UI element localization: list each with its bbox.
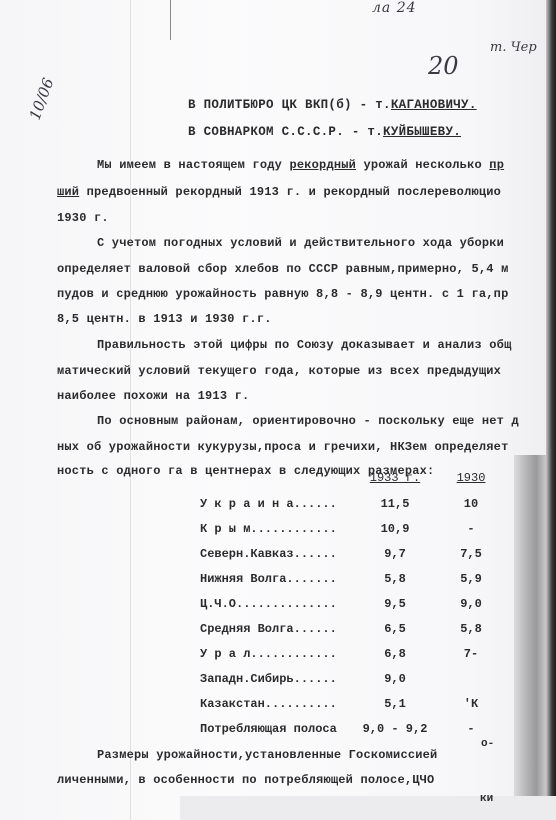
text-line: наиболее похожи на 1913 г. — [57, 389, 556, 403]
underlined-text: пр — [489, 158, 504, 172]
scan-bottom-margin — [180, 796, 556, 820]
table-row: Западн.Сибирь......9,0 — [200, 672, 520, 697]
yield-1930: 9,0 — [446, 597, 496, 611]
table-row: Нижняя Волга.......5,85,9 — [200, 572, 520, 597]
table-body: У к р а и н а......11,510К р ы м........… — [200, 497, 520, 747]
yield-1933: 6,8 — [350, 647, 440, 661]
yield-1930: 10 — [446, 497, 496, 511]
text-line: Размеры урожайности,установленные Госком… — [97, 748, 556, 762]
column-header-1933: 1933 г. — [350, 471, 440, 485]
yield-1933: 9,0 — [350, 672, 440, 686]
addressee-name: КАГАНОВИЧУ. — [391, 98, 477, 112]
text-line: С учетом погодных условий и действительн… — [97, 236, 556, 250]
text-span: Мы имеем в настоящем году — [97, 158, 289, 172]
region-name: Северн.Кавказ...... — [200, 547, 337, 561]
text-line: ший предвоенный рекордный 1913 г. и реко… — [57, 185, 556, 199]
region-name: К р ы м............ — [200, 522, 337, 536]
underlined-text: ший — [57, 185, 79, 199]
text-line: пудов и среднюю урожайность равную 8,8 -… — [57, 287, 556, 301]
region-name: У к р а и н а...... — [200, 497, 337, 511]
yield-1930: - — [446, 722, 496, 736]
region-name: Казакстан.......... — [200, 697, 337, 711]
addressee-line-1: В ПОЛИТБЮРО ЦК ВКП(б) - т.КАГАНОВИЧУ. — [188, 98, 477, 112]
paper-crease — [130, 0, 131, 820]
text-line: 1930 г. — [57, 211, 556, 225]
text-line: Правильность этой цифры по Союзу доказыв… — [97, 338, 556, 352]
text-span: урожай несколько — [356, 158, 489, 172]
addressee-org: В СОВНАРКОМ С.С.С.Р. - т. — [188, 125, 383, 139]
text-span: предвоенный рекордный 1913 г. и рекордны… — [79, 185, 501, 199]
yield-1933: 9,5 — [350, 597, 440, 611]
yield-1930: 5,9 — [446, 572, 496, 586]
handwritten-margin-note: 10/06 — [26, 76, 58, 123]
paper-crease — [170, 0, 171, 40]
yield-1930: 5,8 — [446, 622, 496, 636]
region-name: Западн.Сибирь...... — [200, 672, 337, 686]
table-row: Средняя Волга......6,55,8 — [200, 622, 520, 647]
yield-1933: 5,1 — [350, 697, 440, 711]
yield-1933: 6,5 — [350, 622, 440, 636]
yield-1933: 5,8 — [350, 572, 440, 586]
table-row: Северн.Кавказ......9,77,5 — [200, 547, 520, 572]
addressee-org: В ПОЛИТБЮРО ЦК ВКП(б) - т. — [188, 98, 391, 112]
table-row: У к р а и н а......11,510 — [200, 497, 520, 522]
underlined-text: рекордный — [289, 158, 356, 172]
column-header-1930: 1930 — [446, 471, 496, 485]
yield-1930: 'К — [446, 697, 496, 711]
addressee-line-2: В СОВНАРКОМ С.С.С.Р. - т.КУЙБЫШЕВУ. — [188, 125, 461, 139]
text-line: Мы имеем в настоящем году рекордный урож… — [97, 158, 556, 172]
region-name: Ц.Ч.О.............. — [200, 597, 337, 611]
region-name: Нижняя Волга....... — [200, 572, 337, 586]
margin-fragment: ки — [480, 793, 493, 805]
handwritten-corner-note: т. Чер — [490, 40, 537, 55]
addressee-name: КУЙБЫШЕВУ. — [383, 125, 461, 139]
text-line: 8,5 центн. в 1913 и 1930 г.г. — [57, 312, 556, 326]
table-row: К р ы м............10,9- — [200, 522, 520, 547]
yield-1930: 7- — [446, 647, 496, 661]
table-row: Потребляющая полоса9,0 - 9,2- — [200, 722, 520, 747]
yield-1930: - — [446, 522, 496, 536]
handwritten-note-top: ла 24 — [372, 0, 417, 16]
scanned-document-page: ла 24 20 т. Чер 10/06 В ПОЛИТБЮРО ЦК ВКП… — [0, 0, 556, 820]
table-header: 1933 г. 1930 — [200, 471, 520, 497]
text-line: определяет валовой сбор хлебов по СССР р… — [57, 262, 556, 276]
text-line: матический условий текущего года, которы… — [57, 364, 556, 378]
text-line: ных об урожайности кукурузы,проса и греч… — [57, 440, 556, 454]
text-line: личенными, в особенности по потребляющей… — [57, 773, 556, 787]
region-name: У р а л............ — [200, 647, 337, 661]
yield-1933: 10,9 — [350, 522, 440, 536]
yield-1933: 11,5 — [350, 497, 440, 511]
region-name: Потребляющая полоса — [200, 722, 337, 736]
region-name: Средняя Волга...... — [200, 622, 337, 636]
handwritten-page-number: 20 — [428, 52, 459, 80]
yield-1933: 9,7 — [350, 547, 440, 561]
yield-1933: 9,0 - 9,2 — [350, 722, 440, 736]
table-row: У р а л............6,87- — [200, 647, 520, 672]
yield-table: 1933 г. 1930 У к р а и н а......11,510К … — [200, 471, 520, 747]
yield-1930: 7,5 — [446, 547, 496, 561]
margin-fragment: о- — [481, 738, 494, 750]
text-line: По основным районам, ориентировочно - по… — [97, 414, 556, 428]
table-row: Ц.Ч.О..............9,59,0 — [200, 597, 520, 622]
table-row: Казакстан..........5,1'К — [200, 697, 520, 722]
